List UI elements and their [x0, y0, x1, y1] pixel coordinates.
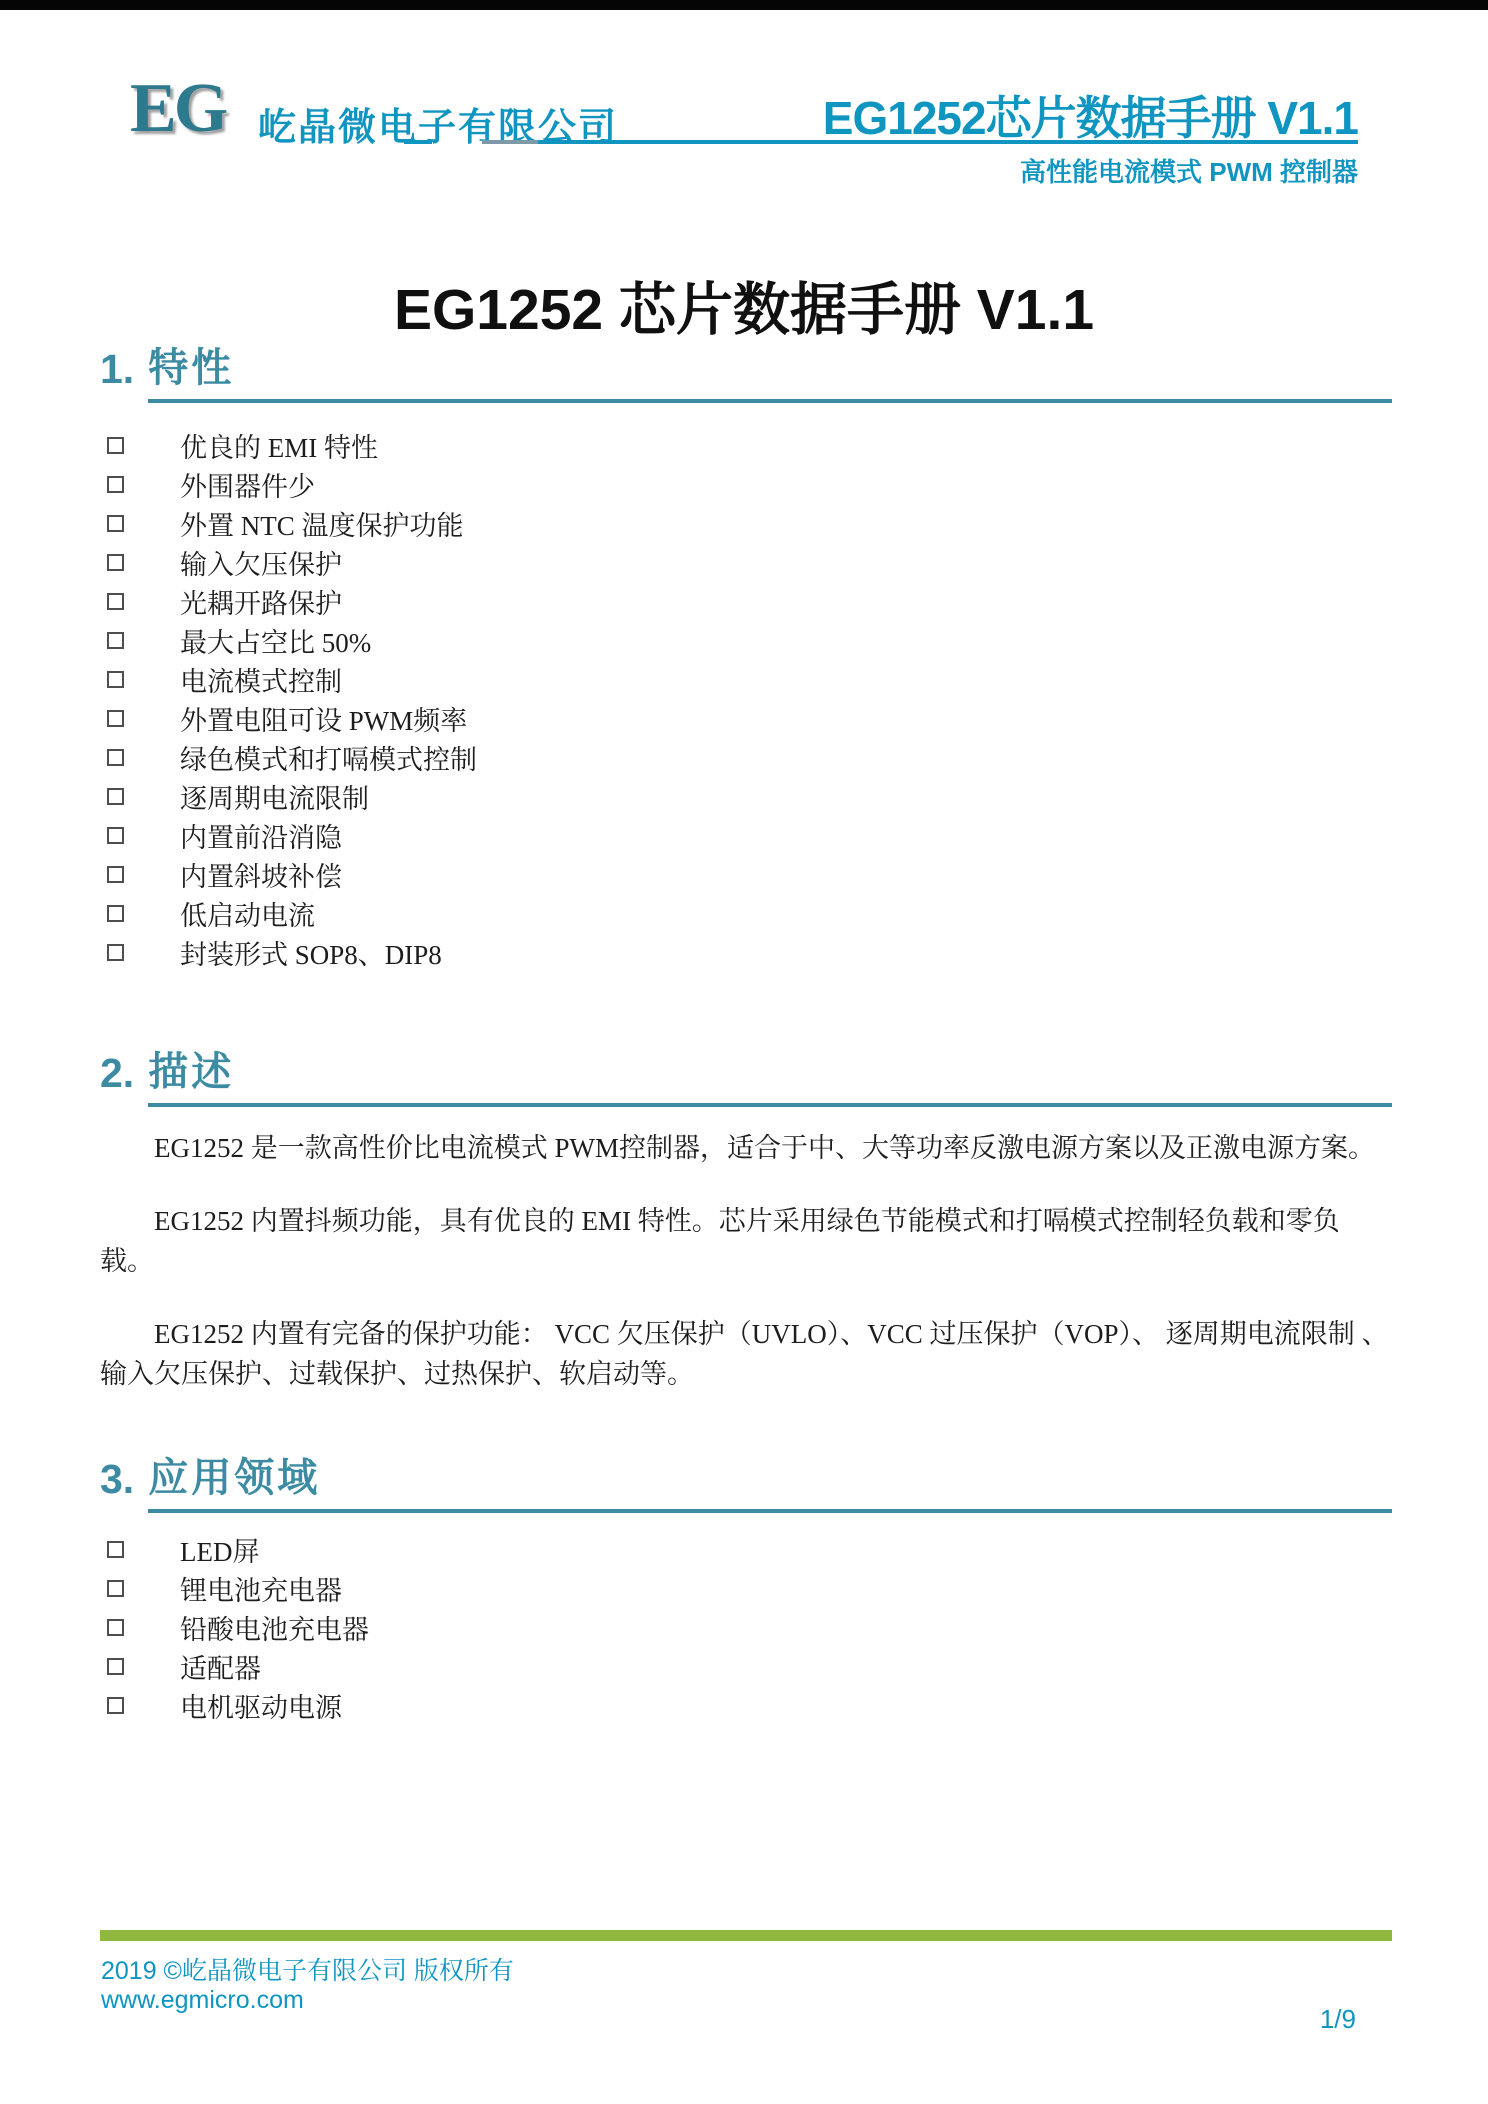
applications-list: LED屏 锂电池充电器 铅酸电池充电器 适配器 电机驱动电源 [100, 1530, 1392, 1725]
list-item-label: 铅酸电池充电器 [180, 1608, 369, 1647]
list-item-label: 内置前沿消隐 [180, 816, 342, 855]
list-item-label: 低启动电流 [180, 894, 315, 933]
company-logo: EG [130, 74, 225, 144]
square-bullet-icon [107, 788, 124, 805]
header-doc-title: EG1252芯片数据手册 V1.1 [823, 82, 1358, 148]
square-bullet-icon [107, 905, 124, 922]
square-bullet-icon [107, 515, 124, 532]
description-paragraph: EG1252 是一款高性价比电流模式 PWM控制器，适合于中、大等功率反激电源方… [100, 1128, 1392, 1168]
section-title-underline: 描述 [148, 1040, 1392, 1107]
list-item: 外置 NTC 温度保护功能 [100, 504, 1392, 543]
list-item: 锂电池充电器 [100, 1569, 1392, 1608]
square-bullet-icon [107, 1697, 124, 1714]
list-item: 绿色模式和打嗝模式控制 [100, 738, 1392, 777]
section-number: 1. [100, 346, 134, 403]
list-item-label: 光耦开路保护 [180, 582, 342, 621]
square-bullet-icon [107, 593, 124, 610]
header-divider-gap [432, 140, 482, 144]
square-bullet-icon [107, 437, 124, 454]
section-title: 应用领域 [148, 1456, 320, 1500]
page-number: 1/9 [1320, 2004, 1356, 2035]
website-link[interactable]: www.egmicro.com [101, 1986, 304, 2015]
list-item: 适配器 [100, 1647, 1392, 1686]
page-title: EG1252 芯片数据手册 V1.1 [0, 264, 1488, 346]
list-item-label: 优良的 EMI 特性 [180, 426, 378, 465]
list-item: 外置电阻可设 PWM频率 [100, 699, 1392, 738]
list-item: 铅酸电池充电器 [100, 1608, 1392, 1647]
square-bullet-icon [107, 476, 124, 493]
header-divider-segment [404, 140, 432, 144]
header-divider [404, 140, 1358, 144]
list-item-label: 输入欠压保护 [180, 543, 342, 582]
page-top-border [0, 0, 1488, 10]
square-bullet-icon [107, 749, 124, 766]
list-item: 低启动电流 [100, 894, 1392, 933]
section-title: 描述 [148, 1050, 234, 1094]
section-description-heading: 2. 描述 [100, 1040, 1392, 1107]
square-bullet-icon [107, 1619, 124, 1636]
header-doc-subtitle: 高性能电流模式 PWM 控制器 [1020, 152, 1358, 189]
list-item-label: 外置电阻可设 PWM频率 [180, 699, 467, 738]
square-bullet-icon [107, 554, 124, 571]
list-item-label: 外围器件少 [180, 465, 315, 504]
section-features: 1. 特性 [100, 336, 1392, 403]
section-title-underline: 特性 [148, 336, 1392, 403]
header-divider-segment [538, 140, 1358, 144]
square-bullet-icon [107, 866, 124, 883]
list-item-label: 锂电池充电器 [180, 1569, 342, 1608]
list-item: 最大占空比 50% [100, 621, 1392, 660]
square-bullet-icon [107, 1580, 124, 1597]
section-title-underline: 应用领域 [148, 1446, 1392, 1513]
list-item: 内置斜坡补偿 [100, 855, 1392, 894]
list-item-label: 外置 NTC 温度保护功能 [180, 504, 464, 543]
footer-divider [100, 1930, 1392, 1941]
square-bullet-icon [107, 944, 124, 961]
square-bullet-icon [107, 1541, 124, 1558]
description-paragraph: EG1252 内置抖频功能，具有优良的 EMI 特性。芯片采用绿色节能模式和打嗝… [100, 1201, 1392, 1281]
section-applications: 3. 应用领域 [100, 1446, 1392, 1513]
list-item-label: 适配器 [180, 1647, 261, 1686]
list-item-label: 电机驱动电源 [180, 1686, 342, 1725]
list-item: 电流模式控制 [100, 660, 1392, 699]
list-item: 优良的 EMI 特性 [100, 426, 1392, 465]
section-number: 3. [100, 1456, 134, 1513]
list-item: LED屏 [100, 1530, 1392, 1569]
square-bullet-icon [107, 632, 124, 649]
list-item: 光耦开路保护 [100, 582, 1392, 621]
list-item-label: 最大占空比 50% [180, 621, 371, 660]
list-item-label: 封装形式 SOP8、DIP8 [180, 933, 442, 972]
list-item: 内置前沿消隐 [100, 816, 1392, 855]
list-item-label: 逐周期电流限制 [180, 777, 369, 816]
description-paragraph: EG1252 内置有完备的保护功能： VCC 欠压保护（UVLO）、VCC 过压… [100, 1314, 1392, 1394]
list-item: 外围器件少 [100, 465, 1392, 504]
list-item: 逐周期电流限制 [100, 777, 1392, 816]
copyright-text: 2019 ©屹晶微电子有限公司 版权所有 [101, 1951, 514, 1987]
list-item: 电机驱动电源 [100, 1686, 1392, 1725]
section-description: 2. 描述 [100, 1040, 1392, 1107]
list-item-label: 内置斜坡补偿 [180, 855, 342, 894]
section-applications-heading: 3. 应用领域 [100, 1446, 1392, 1513]
square-bullet-icon [107, 671, 124, 688]
list-item: 输入欠压保护 [100, 543, 1392, 582]
square-bullet-icon [107, 827, 124, 844]
section-title: 特性 [148, 346, 234, 390]
section-number: 2. [100, 1050, 134, 1107]
description-paragraphs: EG1252 是一款高性价比电流模式 PWM控制器，适合于中、大等功率反激电源方… [100, 1128, 1392, 1427]
list-item-label: LED屏 [180, 1530, 259, 1569]
features-list: 优良的 EMI 特性 外围器件少 外置 NTC 温度保护功能 输入欠压保护 光耦… [100, 426, 1392, 972]
list-item: 封装形式 SOP8、DIP8 [100, 933, 1392, 972]
square-bullet-icon [107, 710, 124, 727]
list-item-label: 绿色模式和打嗝模式控制 [180, 738, 477, 777]
square-bullet-icon [107, 1658, 124, 1675]
list-item-label: 电流模式控制 [180, 660, 342, 699]
section-features-heading: 1. 特性 [100, 336, 1392, 403]
header-divider-segment [482, 140, 538, 144]
